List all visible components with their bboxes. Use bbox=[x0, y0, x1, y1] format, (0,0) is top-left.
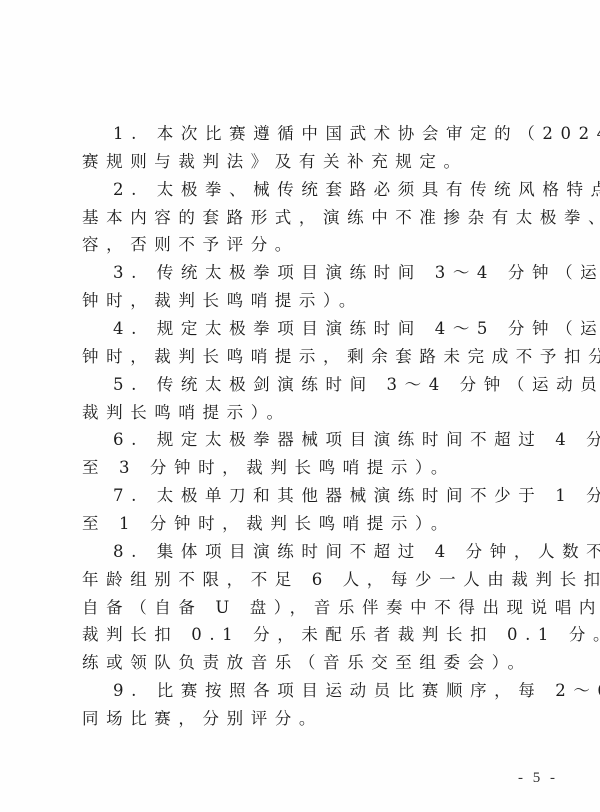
rule-line: 自备（自备 U 盘），音乐伴奏中不得出现说唱内容，若出现说唱 bbox=[82, 594, 522, 622]
rule-line: 9. 比赛按照各项目运动员比赛顺序，每 2～6 名运动员一组， bbox=[82, 677, 522, 705]
rule-item-6: 6. 规定太极拳器械项目演练时间不超过 4 分钟（运动员演练 至 3 分钟时，裁… bbox=[82, 426, 522, 482]
rule-line: 裁判长鸣哨提示）。 bbox=[82, 399, 522, 427]
rule-item-8: 8. 集体项目演练时间不超过 4 分钟，人数不少于 6 人，性别、 年龄组别不限… bbox=[82, 538, 522, 677]
rule-line: 容，否则不予评分。 bbox=[82, 231, 522, 259]
rule-line: 4. 规定太极拳项目演练时间 4～5 分钟（运动员演练至 4 分 bbox=[82, 315, 522, 343]
rule-line: 至 1 分钟时，裁判长鸣哨提示）。 bbox=[82, 510, 522, 538]
rule-line: 练或领队负责放音乐（音乐交至组委会）。 bbox=[82, 649, 522, 677]
rule-item-9: 9. 比赛按照各项目运动员比赛顺序，每 2～6 名运动员一组， 同场比赛，分别评… bbox=[82, 677, 522, 733]
rule-line: 7. 太极单刀和其他器械演练时间不少于 1 分钟（运动员演练 bbox=[82, 482, 522, 510]
rule-item-1: 1. 本次比赛遵循中国武术协会审定的（2024）《武术套路竞 赛规则与裁判法》及… bbox=[82, 120, 522, 176]
rule-line: 2. 太极拳、械传统套路必须具有传统风格特点的技术动作为 bbox=[82, 176, 522, 204]
rule-item-5: 5. 传统太极剑演练时间 3～4 分钟（运动员演练至 3 分钟时， 裁判长鸣哨提… bbox=[82, 371, 522, 427]
rule-item-2: 2. 太极拳、械传统套路必须具有传统风格特点的技术动作为 基本内容的套路形式，演… bbox=[82, 176, 522, 260]
rule-line: 裁判长扣 0.1 分，未配乐者裁判长扣 0.1 分。比赛时，由本队教 bbox=[82, 621, 522, 649]
rule-item-4: 4. 规定太极拳项目演练时间 4～5 分钟（运动员演练至 4 分 钟时，裁判长鸣… bbox=[82, 315, 522, 371]
document-page: 1. 本次比赛遵循中国武术协会审定的（2024）《武术套路竞 赛规则与裁判法》及… bbox=[0, 0, 600, 812]
rule-line: 至 3 分钟时，裁判长鸣哨提示）。 bbox=[82, 454, 522, 482]
rule-line: 5. 传统太极剑演练时间 3～4 分钟（运动员演练至 3 分钟时， bbox=[82, 371, 522, 399]
rule-item-7: 7. 太极单刀和其他器械演练时间不少于 1 分钟（运动员演练 至 1 分钟时，裁… bbox=[82, 482, 522, 538]
rule-line: 钟时，裁判长鸣哨提示，剩余套路未完成不予扣分）。 bbox=[82, 343, 522, 371]
rule-line: 钟时，裁判长鸣哨提示）。 bbox=[82, 287, 522, 315]
rule-line: 年龄组别不限，不足 6 人，每少一人由裁判长扣 0.5 分，音乐须 bbox=[82, 566, 522, 594]
rule-line: 1. 本次比赛遵循中国武术协会审定的（2024）《武术套路竞 bbox=[82, 120, 522, 148]
rule-line: 同场比赛，分别评分。 bbox=[82, 705, 522, 733]
rules-list: 1. 本次比赛遵循中国武术协会审定的（2024）《武术套路竞 赛规则与裁判法》及… bbox=[82, 120, 522, 733]
rule-line: 基本内容的套路形式，演练中不准掺杂有太极拳、械竞赛套路内 bbox=[82, 204, 522, 232]
rule-line: 6. 规定太极拳器械项目演练时间不超过 4 分钟（运动员演练 bbox=[82, 426, 522, 454]
page-number: - 5 - bbox=[512, 770, 564, 787]
rule-line: 3. 传统太极拳项目演练时间 3～4 分钟（运动员演练至 3 分 bbox=[82, 259, 522, 287]
rule-line: 赛规则与裁判法》及有关补充规定。 bbox=[82, 148, 522, 176]
rule-line: 8. 集体项目演练时间不超过 4 分钟，人数不少于 6 人，性别、 bbox=[82, 538, 522, 566]
rule-item-3: 3. 传统太极拳项目演练时间 3～4 分钟（运动员演练至 3 分 钟时，裁判长鸣… bbox=[82, 259, 522, 315]
